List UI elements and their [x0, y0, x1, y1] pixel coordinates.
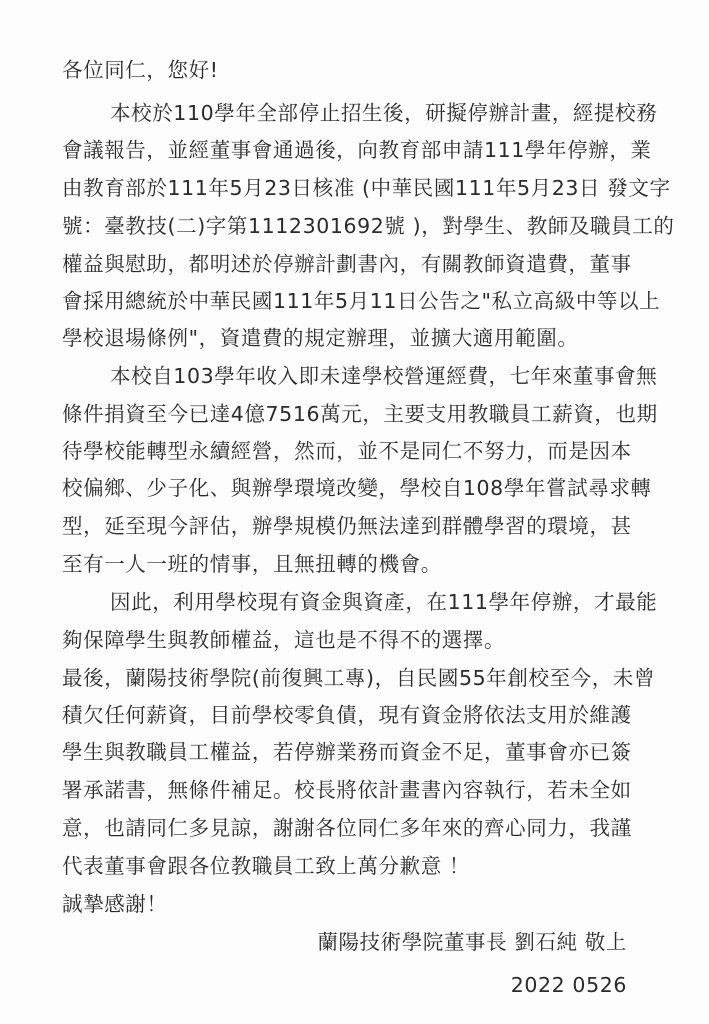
paragraph-1-line-3: 由教育部於111年5月23日核准 (中華民國111年5月23日 發文字	[62, 176, 671, 200]
paragraph-2-line-5: 型，延至現今評估，辦學規模仍無法達到群體學習的環境，甚	[62, 514, 632, 538]
paragraph-4-line-1: 最後，蘭陽技術學院(前復興工專)，自民國55年創校至今，未曾	[62, 666, 655, 690]
date: 2022 0526	[511, 973, 627, 997]
paragraph-4-line-5: 意，也請同仁多見諒，謝謝各位同仁多年來的齊心同力，我謹	[62, 816, 632, 840]
paragraph-2-line-3: 待學校能轉型永續經營，然而，並不是同仁不努力，而是因本	[62, 439, 632, 463]
paragraph-2-line-4: 校偏鄉、少子化、與辦學環境改變，學校自108學年嘗試尋求轉	[62, 476, 652, 500]
paragraph-4-line-6: 代表董事會跟各位教職員工致上萬分歉意 ！	[62, 854, 470, 878]
paragraph-1-line-6: 會採用總統於中華民國111年5月11日公告之"私立高級中等以上	[62, 289, 660, 313]
paragraph-4-line-2: 積欠任何薪資，目前學校零負債，現有資金將依法支用於維護	[62, 703, 632, 727]
paragraph-4-line-3: 學生與教職員工權益，若停辦業務而資金不足，董事會亦已簽	[62, 740, 632, 764]
paragraph-1-line-4: 號：臺教技(二)字第1112301692號 )，對學生、教師及職員工的	[62, 214, 674, 238]
signature: 蘭陽技術學院董事長 劉石純 敬上	[317, 930, 627, 954]
paragraph-1-line-2: 會議報告，並經董事會通過後，向教育部申請111學年停辦，業	[62, 138, 652, 162]
paragraph-3-line-2: 夠保障學生與教師權益，這也是不得不的選擇。	[62, 628, 505, 652]
paragraph-4-line-4: 署承諾書，無條件補足。校長將依計畫書內容執行，若未全如	[62, 778, 632, 802]
paragraph-2-line-2: 條件捐資至今已達4億7516萬元，主要支用教職員工薪資，也期	[62, 402, 658, 426]
closing: 誠摯感謝！	[62, 892, 168, 916]
paragraph-2-line-6: 至有一人一班的情事，且無扭轉的機會。	[62, 552, 442, 576]
paragraph-3-line-1: 因此，利用學校現有資金與資產，在111學年停辦，才最能	[110, 590, 657, 614]
greeting: 各位同仁，您好!	[62, 58, 219, 82]
letter-page: 各位同仁，您好! 本校於110學年全部停止招生後，研擬停辦計畫，經提校務 會議報…	[0, 0, 709, 1024]
paragraph-1-line-5: 權益與慰助，都明述於停辦計劃書內，有關教師資遣費，董事	[62, 252, 632, 276]
paragraph-2-line-1: 本校自103學年收入即未達學校營運經費，七年來董事會無	[110, 364, 657, 388]
paragraph-1-line-1: 本校於110學年全部停止招生後，研擬停辦計畫，經提校務	[110, 101, 657, 125]
paragraph-1-line-7: 學校退場條例"，資遣費的規定辦理，並擴大適用範圍。	[62, 326, 578, 350]
